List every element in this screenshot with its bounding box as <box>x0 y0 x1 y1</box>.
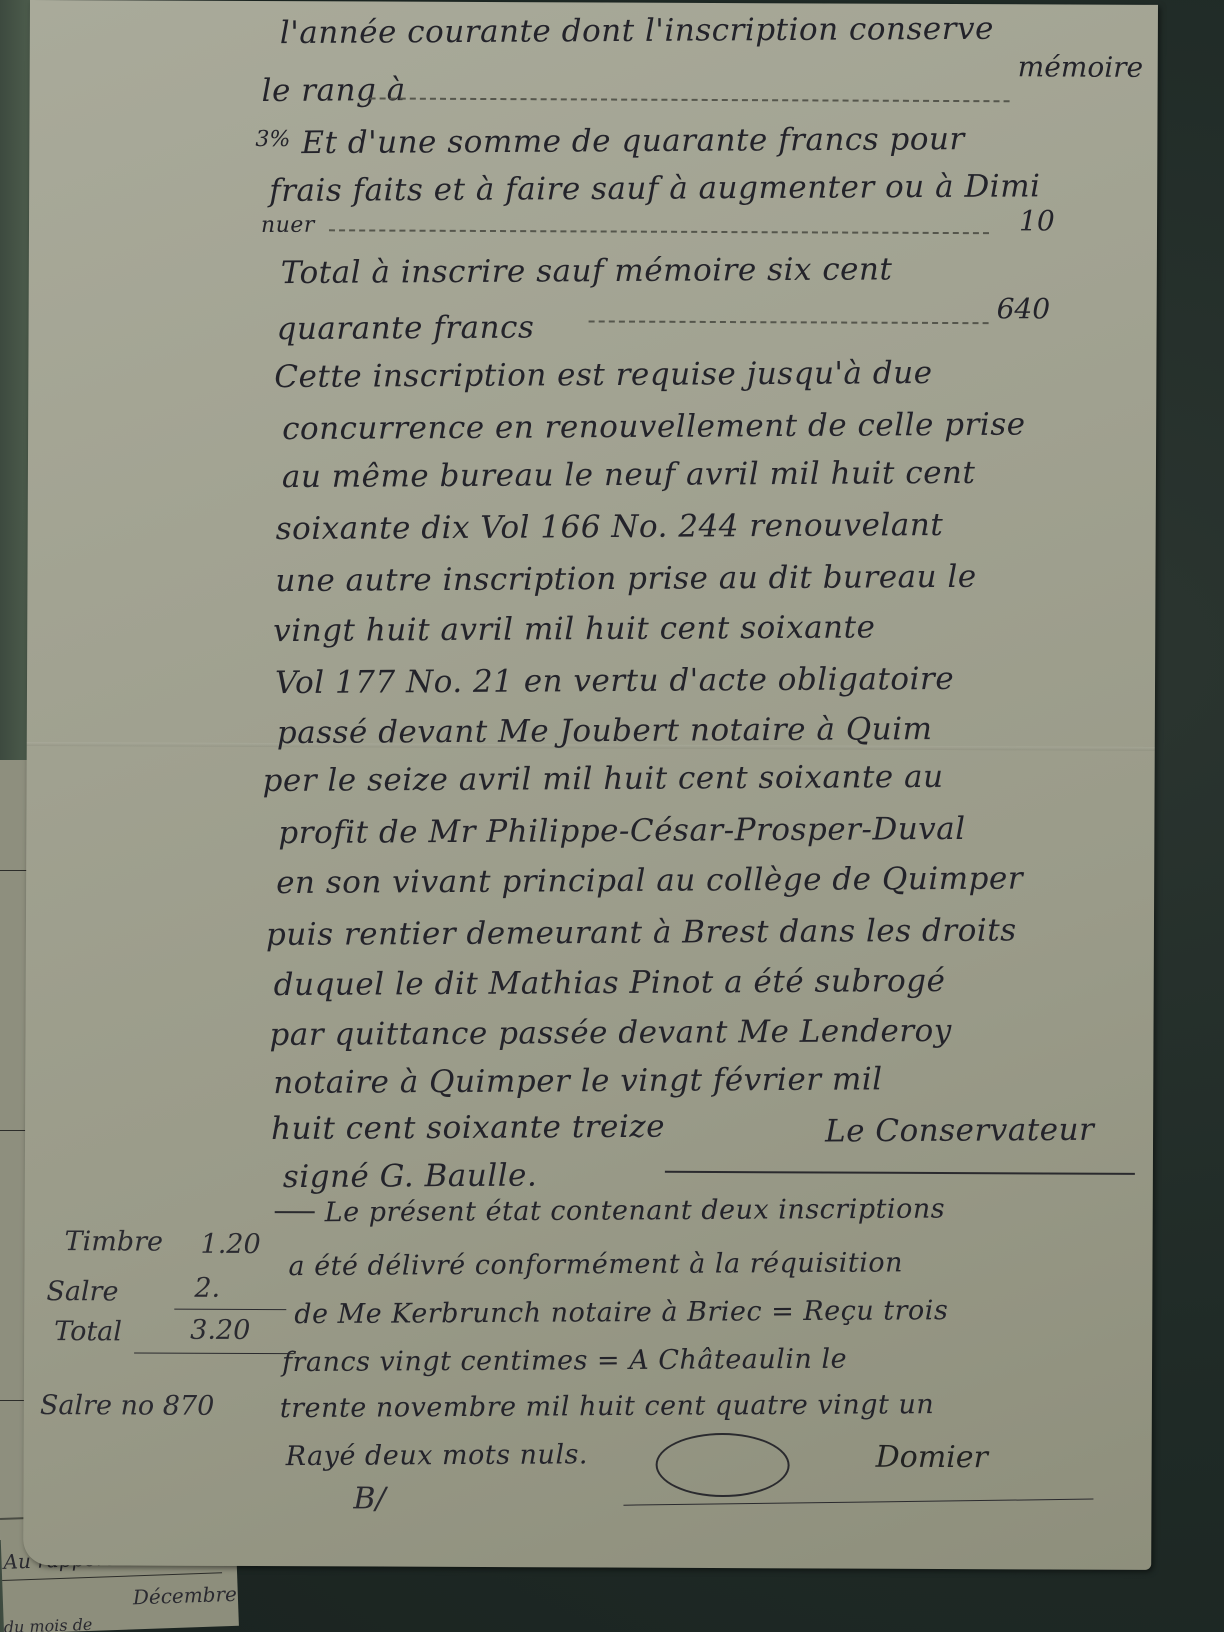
fee-timbre-label: Timbre <box>65 1226 164 1257</box>
text-line: par quittance passée devant Me Lenderoy <box>269 1013 952 1053</box>
margin-interest: 3% <box>255 127 290 152</box>
fee-rule <box>174 1309 286 1310</box>
conservateur-label: Le Conservateur <box>825 1112 1095 1150</box>
text-line: profit de Mr Philippe-César-Prosper-Duva… <box>278 811 965 851</box>
text-line: au même bureau le neuf avril mil huit ce… <box>282 455 976 495</box>
certificate-line: de Me Kerbrunch notaire à Briec = Reçu t… <box>294 1295 948 1330</box>
certificate-line: a été délivré conformément à la réquisit… <box>288 1247 903 1282</box>
signature-flourish <box>655 1433 789 1498</box>
text-line: duquel le dit Mathias Pinot a été subrog… <box>274 963 946 1003</box>
signature: Domier <box>876 1440 988 1475</box>
text-line: Et d'une somme de quarante francs pour <box>301 121 965 161</box>
text-line: passé devant Me Joubert notaire à Quim <box>277 711 933 751</box>
fee-total-label: Total <box>54 1316 122 1347</box>
signature-underline <box>623 1499 1093 1506</box>
fee-salaire-value: 2. <box>194 1273 220 1304</box>
ruled-line <box>2 1572 222 1581</box>
dashed-filler <box>329 229 989 234</box>
text-line: concurrence en renouvellement de celle p… <box>282 407 1026 448</box>
text-line: vingt huit avril mil huit cent soixante <box>273 609 875 649</box>
certificate-line: francs vingt centimes = A Châteaulin le <box>282 1344 847 1378</box>
certificate-line: Le présent état contenant deux inscripti… <box>325 1194 946 1229</box>
text-line: huit cent soixante treize <box>271 1109 665 1147</box>
amount-frais: 10 <box>1019 204 1055 237</box>
text-line: Cette inscription est requise jusqu'à du… <box>274 355 932 395</box>
fee-salaire-label: Salre <box>46 1276 118 1307</box>
document-page: l'année courante dont l'inscription cons… <box>23 0 1158 1570</box>
certificate-line: Rayé deux mots nuls. <box>286 1439 589 1472</box>
certificate-line: trente novembre mil huit cent quatre vin… <box>280 1389 935 1424</box>
text-line: nuer <box>261 213 315 238</box>
text-line: le rang à <box>261 72 405 109</box>
text-line: Total à inscrire sauf mémoire six cent <box>281 251 893 291</box>
dashed-filler <box>589 320 989 324</box>
certificate-dash <box>275 1211 315 1213</box>
amount-total: 640 <box>997 292 1051 325</box>
margin-memoire: mémoire <box>1018 50 1144 84</box>
fee-timbre-value: 1.20 <box>201 1229 261 1260</box>
text-line: puis rentier demeurant à Brest dans les … <box>266 912 1017 953</box>
text-line: notaire à Quimper le vingt février mil <box>273 1061 883 1101</box>
underlying-text: Décembre <box>132 1582 237 1610</box>
text-line: Vol 177 No. 21 en vertu d'acte obligatoi… <box>275 661 954 701</box>
fee-total-rule <box>134 1352 294 1354</box>
text-line: quarante francs <box>276 310 534 348</box>
text-line: per le seize avril mil huit cent soixant… <box>262 759 943 799</box>
text-line: en son vivant principal au collège de Qu… <box>276 861 1023 902</box>
fee-total-value: 3.20 <box>190 1315 250 1346</box>
text-line: une autre inscription prise au dit burea… <box>275 559 976 599</box>
signed-line: signé G. Baulle. <box>283 1158 538 1196</box>
closing-rule <box>665 1171 1135 1175</box>
text-line: soixante dix Vol 166 No. 244 renouvelant <box>276 507 944 547</box>
initials: B/ <box>353 1481 385 1516</box>
text-line: frais faits et à faire sauf à augmenter … <box>269 168 1041 209</box>
text-line: l'année courante dont l'inscription cons… <box>280 11 994 51</box>
underlying-text: du mois de <box>3 1615 92 1632</box>
dashed-filler <box>370 97 1010 102</box>
fee-registre: Salre no 870 <box>40 1390 215 1422</box>
